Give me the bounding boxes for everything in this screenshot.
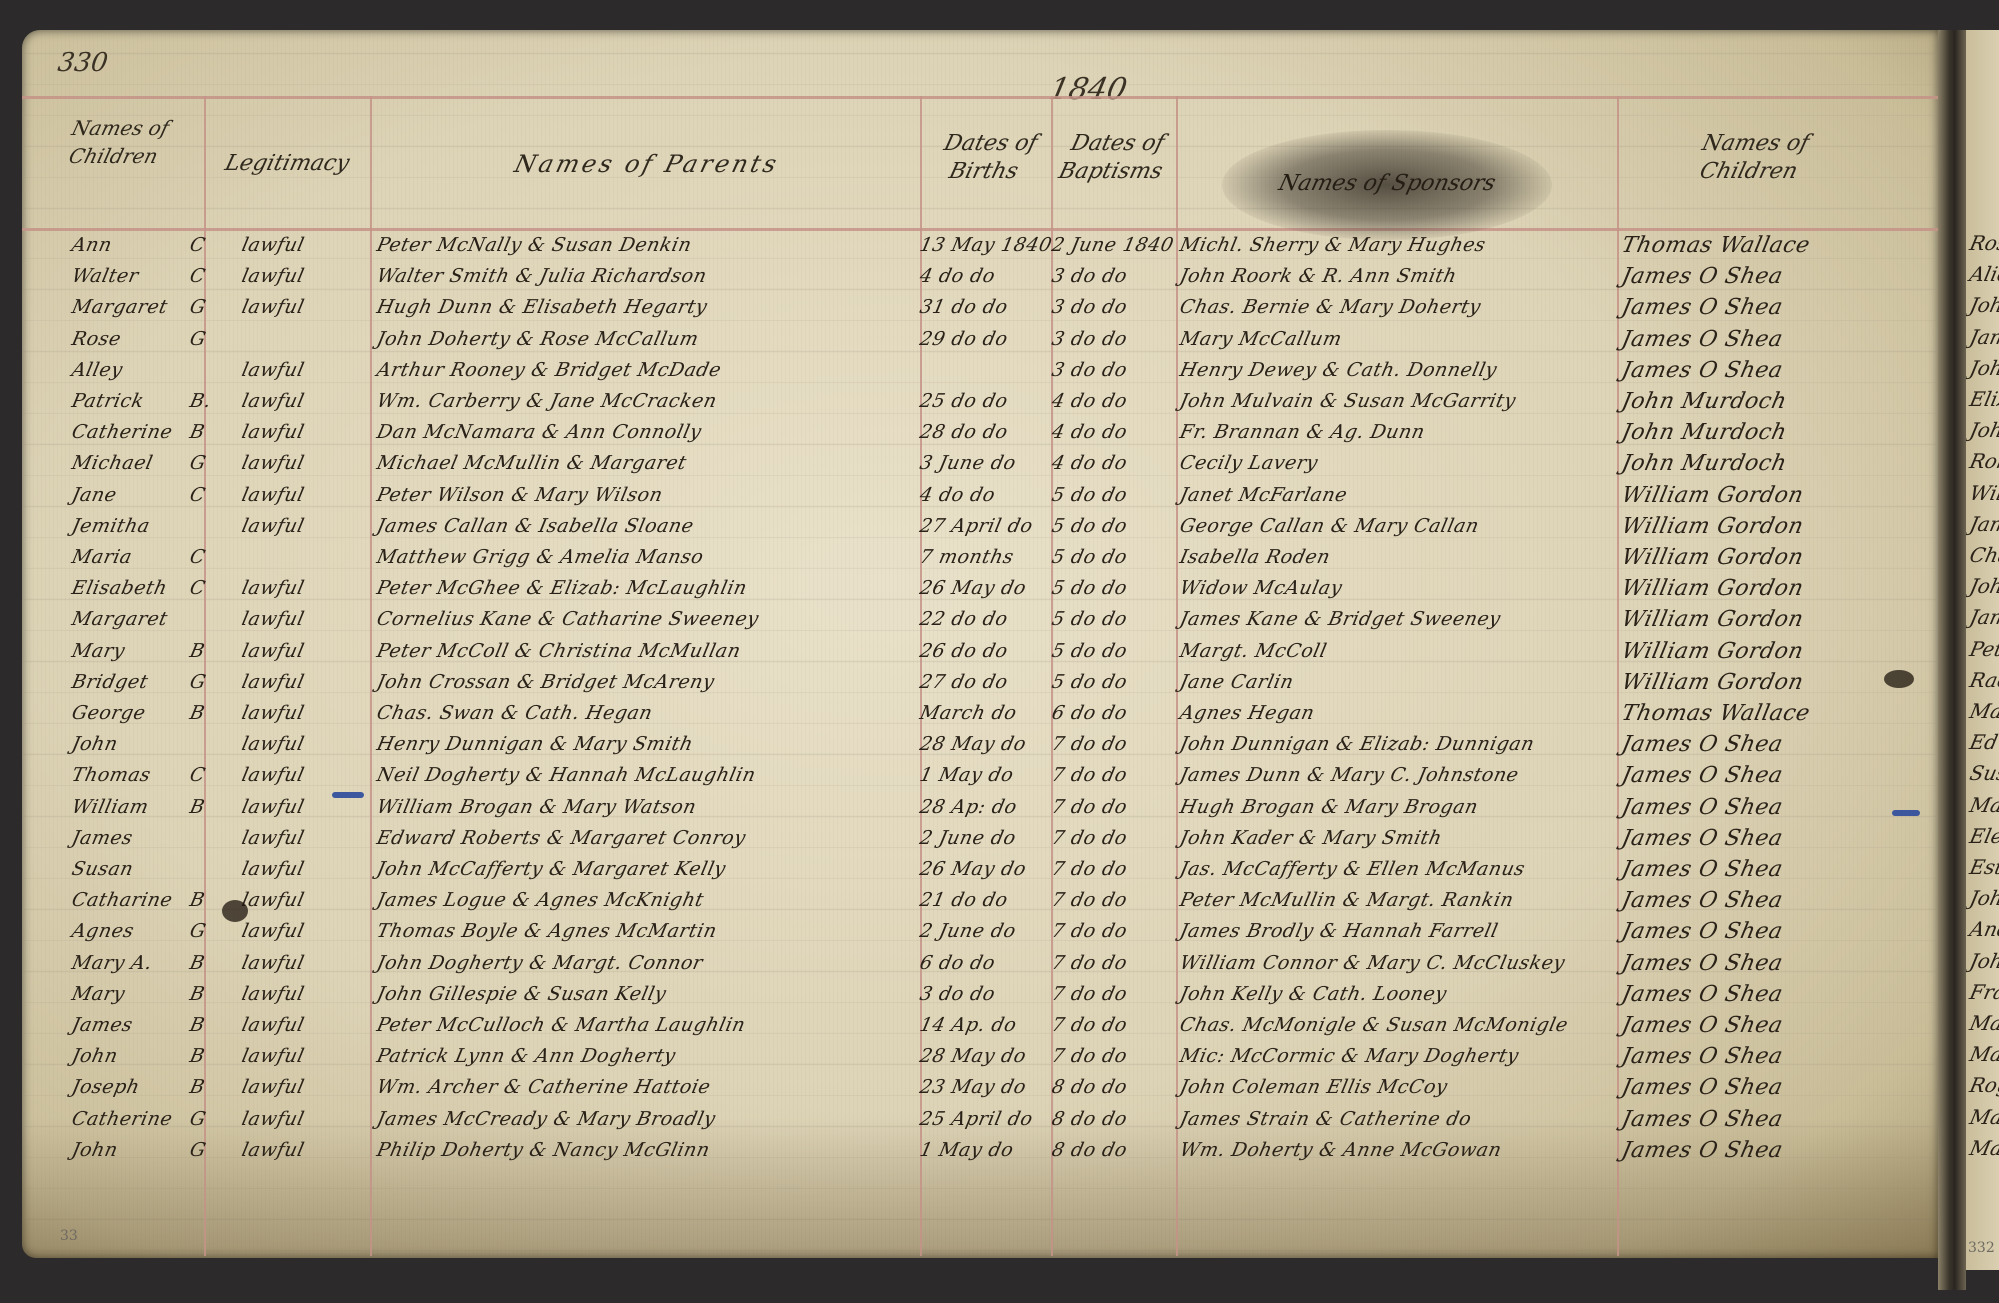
officiating-name: Thomas Wallace — [1619, 698, 1938, 729]
facing-page-child-name: Susan — [1967, 758, 1999, 789]
legitimacy: lawful — [239, 948, 386, 979]
officiating-name: James O Shea — [1619, 1072, 1938, 1103]
legitimacy: lawful — [239, 355, 386, 386]
birth-date: 26 May do — [917, 854, 1054, 885]
child-sex-mark: C — [187, 261, 224, 292]
facing-page-child-name: Mary — [1967, 696, 1999, 727]
baptism-date: 3 do do — [1049, 292, 1186, 323]
child-sex-mark: B — [187, 948, 224, 979]
parents-names: James McCready & Mary Broadly — [374, 1104, 941, 1135]
facing-page-child-name: James — [1967, 509, 1999, 540]
header-dates-of-baptisms: Dates of Baptisms — [1047, 130, 1181, 186]
child-name: Jane — [69, 480, 186, 511]
officiating-name: James O Shea — [1619, 854, 1938, 885]
officiating-name: James O Shea — [1619, 885, 1938, 916]
child-name: James — [69, 1010, 186, 1041]
baptism-date: 8 do do — [1049, 1104, 1186, 1135]
facing-page-child-name: Charles — [1967, 540, 1999, 571]
legitimacy: lawful — [239, 698, 386, 729]
officiating-name: James O Shea — [1619, 792, 1938, 823]
parents-names: John Crossan & Bridget McAreny — [374, 667, 941, 698]
baptism-date: 4 do do — [1049, 448, 1186, 479]
book-gutter — [1938, 30, 1966, 1290]
parents-names: John McCafferty & Margaret Kelly — [374, 854, 941, 885]
child-name: Catherine — [69, 1104, 186, 1135]
officiating-name: William Gordon — [1619, 573, 1938, 604]
officiating-name: James O Shea — [1619, 823, 1938, 854]
parents-names: John Doherty & Rose McCallum — [374, 324, 941, 355]
baptism-date: 6 do do — [1049, 698, 1186, 729]
birth-date: 28 May do — [917, 729, 1054, 760]
baptism-date: 7 do do — [1049, 1041, 1186, 1072]
baptism-date: 7 do do — [1049, 854, 1186, 885]
legitimacy: lawful — [239, 823, 386, 854]
parents-names: James Logue & Agnes McKnight — [374, 885, 941, 916]
facing-page-child-name: Fran. — [1967, 977, 1999, 1008]
legitimacy: lawful — [239, 1010, 386, 1041]
child-sex-mark: B. — [187, 386, 224, 417]
register-row: MaryBlawfulJohn Gillespie & Susan Kelly3… — [22, 979, 1938, 1010]
child-sex-mark: B — [187, 792, 224, 823]
baptism-date: 7 do do — [1049, 1010, 1186, 1041]
register-row: BridgetGlawfulJohn Crossan & Bridget McA… — [22, 667, 1938, 698]
officiating-name: James O Shea — [1619, 1135, 1938, 1166]
legitimacy: lawful — [239, 261, 386, 292]
child-name: Maria — [69, 542, 186, 573]
child-sex-mark: C — [187, 230, 224, 261]
baptism-date: 5 do do — [1049, 604, 1186, 635]
register-row: GeorgeBlawfulChas. Swan & Cath. HeganMar… — [22, 698, 1938, 729]
child-name: John — [69, 729, 186, 760]
facing-page-child-name: Alice — [1967, 259, 1999, 290]
child-sex-mark: G — [187, 292, 224, 323]
sponsors-names: Fr. Brannan & Ag. Dunn — [1177, 417, 1634, 448]
register-row: JohnBlawfulPatrick Lynn & Ann Dogherty28… — [22, 1041, 1938, 1072]
child-sex-mark: G — [187, 916, 224, 947]
child-name: William — [69, 792, 186, 823]
register-row: WilliamBlawfulWilliam Brogan & Mary Wats… — [22, 792, 1938, 823]
baptism-date: 8 do do — [1049, 1072, 1186, 1103]
legitimacy: lawful — [239, 760, 386, 791]
facing-page-edge: RoseAliceJohnJamesJohnElizab.JohnRob.Wil… — [1966, 30, 1999, 1270]
sponsors-names: James Dunn & Mary C. Johnstone — [1177, 760, 1634, 791]
birth-date: 26 May do — [917, 573, 1054, 604]
baptism-date: 7 do do — [1049, 729, 1186, 760]
parents-names: Peter McGhee & Elizab: McLaughlin — [374, 573, 941, 604]
officiating-name: William Gordon — [1619, 511, 1938, 542]
legitimacy: lawful — [239, 448, 386, 479]
facing-page-child-name: Peter — [1967, 634, 1999, 665]
register-row: PatrickB.lawfulWm. Carberry & Jane McCra… — [22, 386, 1938, 417]
child-name: John — [69, 1041, 186, 1072]
facing-page-child-name: Willi. — [1967, 478, 1999, 509]
register-row: WalterClawfulWalter Smith & Julia Richar… — [22, 261, 1938, 292]
officiating-name: James O Shea — [1619, 1104, 1938, 1135]
officiating-name: James O Shea — [1619, 292, 1938, 323]
birth-date: 3 do do — [917, 979, 1054, 1010]
parents-names: Michael McMullin & Margaret — [374, 448, 941, 479]
legitimacy: lawful — [239, 854, 386, 885]
blue-pencil-mark — [332, 792, 364, 798]
register-row: SusanlawfulJohn McCafferty & Margaret Ke… — [22, 854, 1938, 885]
baptism-date: 7 do do — [1049, 979, 1186, 1010]
facing-page-child-name: Ma. — [1967, 1102, 1999, 1133]
birth-date: 1 May do — [917, 1135, 1054, 1166]
child-name: Mary — [69, 636, 186, 667]
register-row: ThomasClawfulNeil Dogherty & Hannah McLa… — [22, 760, 1938, 791]
header-top-rule — [22, 96, 1938, 99]
register-row: AgnesGlawfulThomas Boyle & Agnes McMarti… — [22, 916, 1938, 947]
facing-page-child-name: Ma. — [1967, 790, 1999, 821]
legitimacy: lawful — [239, 1135, 386, 1166]
parents-names: Thomas Boyle & Agnes McMartin — [374, 916, 941, 947]
child-sex-mark: B — [187, 885, 224, 916]
sponsors-names: John Mulvain & Susan McGarrity — [1177, 386, 1634, 417]
parents-names: Walter Smith & Julia Richardson — [374, 261, 941, 292]
birth-date: 6 do do — [917, 948, 1054, 979]
sponsors-names: William Connor & Mary C. McCluskey — [1177, 948, 1634, 979]
child-name: Susan — [69, 854, 186, 885]
register-row: MariaCMatthew Grigg & Amelia Manso7 mont… — [22, 542, 1938, 573]
parents-names: William Brogan & Mary Watson — [374, 792, 941, 823]
parents-names: Matthew Grigg & Amelia Manso — [374, 542, 941, 573]
child-sex-mark: B — [187, 698, 224, 729]
sponsors-names: Jas. McCafferty & Ellen McManus — [1177, 854, 1634, 885]
baptism-date: 5 do do — [1049, 542, 1186, 573]
facing-page-child-name: Rob. — [1967, 446, 1999, 477]
facing-page-child-name: Esth. — [1967, 852, 1999, 883]
officiating-name: John Murdoch — [1619, 386, 1938, 417]
legitimacy: lawful — [239, 1072, 386, 1103]
birth-date: 4 do do — [917, 480, 1054, 511]
baptism-date: 7 do do — [1049, 885, 1186, 916]
parents-names: Wm. Archer & Catherine Hattoie — [374, 1072, 941, 1103]
ink-blot — [1884, 670, 1914, 688]
baptism-date: 5 do do — [1049, 636, 1186, 667]
birth-date: 22 do do — [917, 604, 1054, 635]
register-row: AnnClawfulPeter McNally & Susan Denkin13… — [22, 230, 1938, 261]
register-row: ElisabethClawfulPeter McGhee & Elizab: M… — [22, 573, 1938, 604]
parents-names: Dan McNamara & Ann Connolly — [374, 417, 941, 448]
legitimacy: lawful — [239, 511, 386, 542]
sponsors-names: John Kader & Mary Smith — [1177, 823, 1634, 854]
officiating-name: Thomas Wallace — [1619, 230, 1938, 261]
sponsors-names: Chas. Bernie & Mary Doherty — [1177, 292, 1634, 323]
facing-page-child-name: John — [1967, 353, 1999, 384]
facing-page-child-name: Elizab. — [1967, 384, 1999, 415]
child-sex-mark: G — [187, 1104, 224, 1135]
birth-date: 14 Ap. do — [917, 1010, 1054, 1041]
legitimacy: lawful — [239, 1041, 386, 1072]
officiating-name: William Gordon — [1619, 480, 1938, 511]
register-page: 330 1840 Names of Children Legitimacy Na… — [22, 30, 1938, 1258]
officiating-name: John Murdoch — [1619, 448, 1938, 479]
baptism-date: 7 do do — [1049, 823, 1186, 854]
child-name: John — [69, 1135, 186, 1166]
sponsors-names: John Roork & R. Ann Smith — [1177, 261, 1634, 292]
sponsors-names: John Kelly & Cath. Looney — [1177, 979, 1634, 1010]
birth-date: 1 May do — [917, 760, 1054, 791]
header-names-of-sponsors: Names of Sponsors — [1219, 170, 1556, 198]
child-name: Catherine — [69, 417, 186, 448]
header-minister: Names of Children — [1645, 130, 1859, 186]
child-sex-mark: G — [187, 1135, 224, 1166]
baptism-date: 4 do do — [1049, 417, 1186, 448]
birth-date: 31 do do — [917, 292, 1054, 323]
child-name: Ann — [69, 230, 186, 261]
birth-date: 27 do do — [917, 667, 1054, 698]
register-row: CatherineGlawfulJames McCready & Mary Br… — [22, 1104, 1938, 1135]
parents-names: Peter McColl & Christina McMullan — [374, 636, 941, 667]
page-number: 330 — [56, 48, 110, 78]
register-row: JemithalawfulJames Callan & Isabella Slo… — [22, 511, 1938, 542]
sponsors-names: John Dunnigan & Elizab: Dunnigan — [1177, 729, 1634, 760]
facing-page-number: 332 — [1968, 1240, 1995, 1256]
register-year: 1840 — [1046, 72, 1130, 107]
officiating-name: William Gordon — [1619, 636, 1938, 667]
child-sex-mark: B — [187, 417, 224, 448]
facing-page-child-name: Ma. — [1967, 1039, 1999, 1070]
birth-date: 25 do do — [917, 386, 1054, 417]
facing-page-child-name: John — [1967, 571, 1999, 602]
register-row: MaryBlawfulPeter McColl & Christina McMu… — [22, 636, 1938, 667]
legitimacy: lawful — [239, 916, 386, 947]
parents-names: Henry Dunnigan & Mary Smith — [374, 729, 941, 760]
birth-date: 2 June do — [917, 916, 1054, 947]
legitimacy: lawful — [239, 573, 386, 604]
facing-page-child-name: Rose — [1967, 228, 1999, 259]
child-name: Margaret — [69, 604, 186, 635]
sponsors-names: Michl. Sherry & Mary Hughes — [1177, 230, 1634, 261]
sponsors-names: Jane Carlin — [1177, 667, 1634, 698]
facing-page-child-name: Ma. — [1967, 1008, 1999, 1039]
sponsors-names: Henry Dewey & Cath. Donnelly — [1177, 355, 1634, 386]
child-name: Agnes — [69, 916, 186, 947]
legitimacy: lawful — [239, 979, 386, 1010]
officiating-name: James O Shea — [1619, 948, 1938, 979]
parents-names: Hugh Dunn & Elisabeth Hegarty — [374, 292, 941, 323]
child-name: Bridget — [69, 667, 186, 698]
register-row: JameslawfulEdward Roberts & Margaret Con… — [22, 823, 1938, 854]
birth-date: 4 do do — [917, 261, 1054, 292]
legitimacy: lawful — [239, 604, 386, 635]
facing-page-child-name: John — [1967, 415, 1999, 446]
facing-page-child-name: Ele. — [1967, 821, 1999, 852]
sponsors-names: Mary McCallum — [1177, 324, 1634, 355]
baptism-date: 7 do do — [1049, 948, 1186, 979]
sponsors-names: Peter McMullin & Margt. Rankin — [1177, 885, 1634, 916]
register-row: MichaelGlawfulMichael McMullin & Margare… — [22, 448, 1938, 479]
register-row: JosephBlawfulWm. Archer & Catherine Hatt… — [22, 1072, 1938, 1103]
register-row: MargaretlawfulCornelius Kane & Catharine… — [22, 604, 1938, 635]
child-name: Rose — [69, 324, 186, 355]
blue-pencil-mark — [1892, 810, 1920, 816]
header-names-of-parents: Names of Parents — [419, 150, 876, 178]
child-name: Joseph — [69, 1072, 186, 1103]
header-names-of-children: Names of Children — [35, 114, 199, 170]
birth-date: 13 May 1840 — [917, 230, 1054, 261]
baptism-date: 8 do do — [1049, 1135, 1186, 1166]
sponsors-names: James Strain & Catherine do — [1177, 1104, 1634, 1135]
parents-names: John Gillespie & Susan Kelly — [374, 979, 941, 1010]
parents-names: Peter McNally & Susan Denkin — [374, 230, 941, 261]
parents-names: Neil Dogherty & Hannah McLaughlin — [374, 760, 941, 791]
register-row: MargaretGlawfulHugh Dunn & Elisabeth Heg… — [22, 292, 1938, 323]
officiating-name: James O Shea — [1619, 355, 1938, 386]
officiating-name: James O Shea — [1619, 979, 1938, 1010]
birth-date: 7 months — [917, 542, 1054, 573]
birth-date: 21 do do — [917, 885, 1054, 916]
officiating-name: John Murdoch — [1619, 417, 1938, 448]
legitimacy: lawful — [239, 636, 386, 667]
officiating-name: James O Shea — [1619, 916, 1938, 947]
sponsors-names: Cecily Lavery — [1177, 448, 1634, 479]
register-row: Mary A.BlawfulJohn Dogherty & Margt. Con… — [22, 948, 1938, 979]
sponsors-names: George Callan & Mary Callan — [1177, 511, 1634, 542]
birth-date: 28 May do — [917, 1041, 1054, 1072]
baptism-date: 5 do do — [1049, 511, 1186, 542]
child-name: Walter — [69, 261, 186, 292]
birth-date: 25 April do — [917, 1104, 1054, 1135]
legitimacy: lawful — [239, 1104, 386, 1135]
child-sex-mark: C — [187, 760, 224, 791]
facing-page-child-name: James — [1967, 602, 1999, 633]
facing-page-child-name: John — [1967, 290, 1999, 321]
facing-page-child-name: John — [1967, 946, 1999, 977]
sponsors-names: James Kane & Bridget Sweeney — [1177, 604, 1634, 635]
child-name: Margaret — [69, 292, 186, 323]
officiating-name: James O Shea — [1619, 1010, 1938, 1041]
register-row: JamesBlawfulPeter McCulloch & Martha Lau… — [22, 1010, 1938, 1041]
child-sex-mark: C — [187, 480, 224, 511]
facing-page-child-name: And. — [1967, 914, 1999, 945]
register-row: AlleylawfulArthur Rooney & Bridget McDad… — [22, 355, 1938, 386]
page-footer-number: 33 — [60, 1228, 78, 1244]
parents-names: John Dogherty & Margt. Connor — [374, 948, 941, 979]
child-sex-mark: B — [187, 1010, 224, 1041]
parents-names: Arthur Rooney & Bridget McDade — [374, 355, 941, 386]
facing-page-child-name: Edw. — [1967, 727, 1999, 758]
legitimacy: lawful — [239, 417, 386, 448]
officiating-name: James O Shea — [1619, 760, 1938, 791]
officiating-name: James O Shea — [1619, 261, 1938, 292]
header-dates-of-births: Dates of Births — [920, 130, 1054, 186]
baptism-date: 5 do do — [1049, 573, 1186, 604]
sponsors-names: Mic: McCormic & Mary Dogherty — [1177, 1041, 1634, 1072]
facing-page-child-name: James — [1967, 322, 1999, 353]
birth-date: 2 June do — [917, 823, 1054, 854]
sponsors-names: James Brodly & Hannah Farrell — [1177, 916, 1634, 947]
officiating-name: James O Shea — [1619, 1041, 1938, 1072]
birth-date: 29 do do — [917, 324, 1054, 355]
legitimacy: lawful — [239, 480, 386, 511]
legitimacy: lawful — [239, 230, 386, 261]
child-sex-mark: B — [187, 1041, 224, 1072]
parents-names: Patrick Lynn & Ann Dogherty — [374, 1041, 941, 1072]
parents-names: Wm. Carberry & Jane McCracken — [374, 386, 941, 417]
header-legitimacy: Legitimacy — [209, 150, 366, 178]
register-row: JaneClawfulPeter Wilson & Mary Wilson4 d… — [22, 480, 1938, 511]
child-name: George — [69, 698, 186, 729]
parents-names: Chas. Swan & Cath. Hegan — [374, 698, 941, 729]
child-name: Mary — [69, 979, 186, 1010]
birth-date: 27 April do — [917, 511, 1054, 542]
child-sex-mark: B — [187, 636, 224, 667]
legitimacy: lawful — [239, 292, 386, 323]
officiating-name: James O Shea — [1619, 324, 1938, 355]
sponsors-names: Margt. McColl — [1177, 636, 1634, 667]
birth-date: 28 Ap: do — [917, 792, 1054, 823]
child-name: Thomas — [69, 760, 186, 791]
child-sex-mark: G — [187, 667, 224, 698]
child-name: Mary A. — [69, 948, 186, 979]
parents-names: Peter McCulloch & Martha Laughlin — [374, 1010, 941, 1041]
facing-page-child-name: Rachel — [1967, 665, 1999, 696]
child-sex-mark: B — [187, 1072, 224, 1103]
child-name: Jemitha — [69, 511, 186, 542]
birth-date: March do — [917, 698, 1054, 729]
parents-names: Philip Doherty & Nancy McGlinn — [374, 1135, 941, 1166]
baptism-date: 5 do do — [1049, 480, 1186, 511]
sponsors-names: Hugh Brogan & Mary Brogan — [1177, 792, 1634, 823]
birth-date: 28 do do — [917, 417, 1054, 448]
officiating-name: James O Shea — [1619, 729, 1938, 760]
child-name: Elisabeth — [69, 573, 186, 604]
ink-blot — [222, 900, 248, 922]
sponsors-names: Isabella Roden — [1177, 542, 1634, 573]
baptism-date: 5 do do — [1049, 667, 1186, 698]
baptism-date: 7 do do — [1049, 792, 1186, 823]
parents-names: Cornelius Kane & Catharine Sweeney — [374, 604, 941, 635]
baptism-date: 3 do do — [1049, 261, 1186, 292]
facing-page-child-name: Rog. — [1967, 1070, 1999, 1101]
child-sex-mark: C — [187, 573, 224, 604]
legitimacy: lawful — [239, 386, 386, 417]
legitimacy: lawful — [239, 729, 386, 760]
baptism-date: 7 do do — [1049, 916, 1186, 947]
child-sex-mark: B — [187, 979, 224, 1010]
child-name: Patrick — [69, 386, 186, 417]
parents-names: Edward Roberts & Margaret Conroy — [374, 823, 941, 854]
facing-page-child-name: Ma. — [1967, 1133, 1999, 1164]
register-row: CatherineBlawfulDan McNamara & Ann Conno… — [22, 417, 1938, 448]
birth-date: 23 May do — [917, 1072, 1054, 1103]
baptism-date: 2 June 1840 — [1049, 230, 1186, 261]
child-sex-mark: G — [187, 324, 224, 355]
child-name: Michael — [69, 448, 186, 479]
sponsors-names: Widow McAulay — [1177, 573, 1634, 604]
sponsors-names: Janet McFarlane — [1177, 480, 1634, 511]
birth-date: 26 do do — [917, 636, 1054, 667]
baptism-date: 4 do do — [1049, 386, 1186, 417]
parents-names: James Callan & Isabella Sloane — [374, 511, 941, 542]
baptism-date: 3 do do — [1049, 324, 1186, 355]
child-sex-mark: C — [187, 542, 224, 573]
sponsors-names: John Coleman Ellis McCoy — [1177, 1072, 1634, 1103]
sponsors-names: Wm. Doherty & Anne McGowan — [1177, 1135, 1634, 1166]
officiating-name: William Gordon — [1619, 604, 1938, 635]
register-row: JohnlawfulHenry Dunnigan & Mary Smith28 … — [22, 729, 1938, 760]
parents-names: Peter Wilson & Mary Wilson — [374, 480, 941, 511]
register-row: CatharineBlawfulJames Logue & Agnes McKn… — [22, 885, 1938, 916]
sponsors-names: Chas. McMonigle & Susan McMonigle — [1177, 1010, 1634, 1041]
officiating-name: William Gordon — [1619, 542, 1938, 573]
register-row: JohnGlawfulPhilip Doherty & Nancy McGlin… — [22, 1135, 1938, 1166]
child-sex-mark: G — [187, 448, 224, 479]
legitimacy: lawful — [239, 667, 386, 698]
register-row: RoseGJohn Doherty & Rose McCallum29 do d… — [22, 324, 1938, 355]
child-name: James — [69, 823, 186, 854]
